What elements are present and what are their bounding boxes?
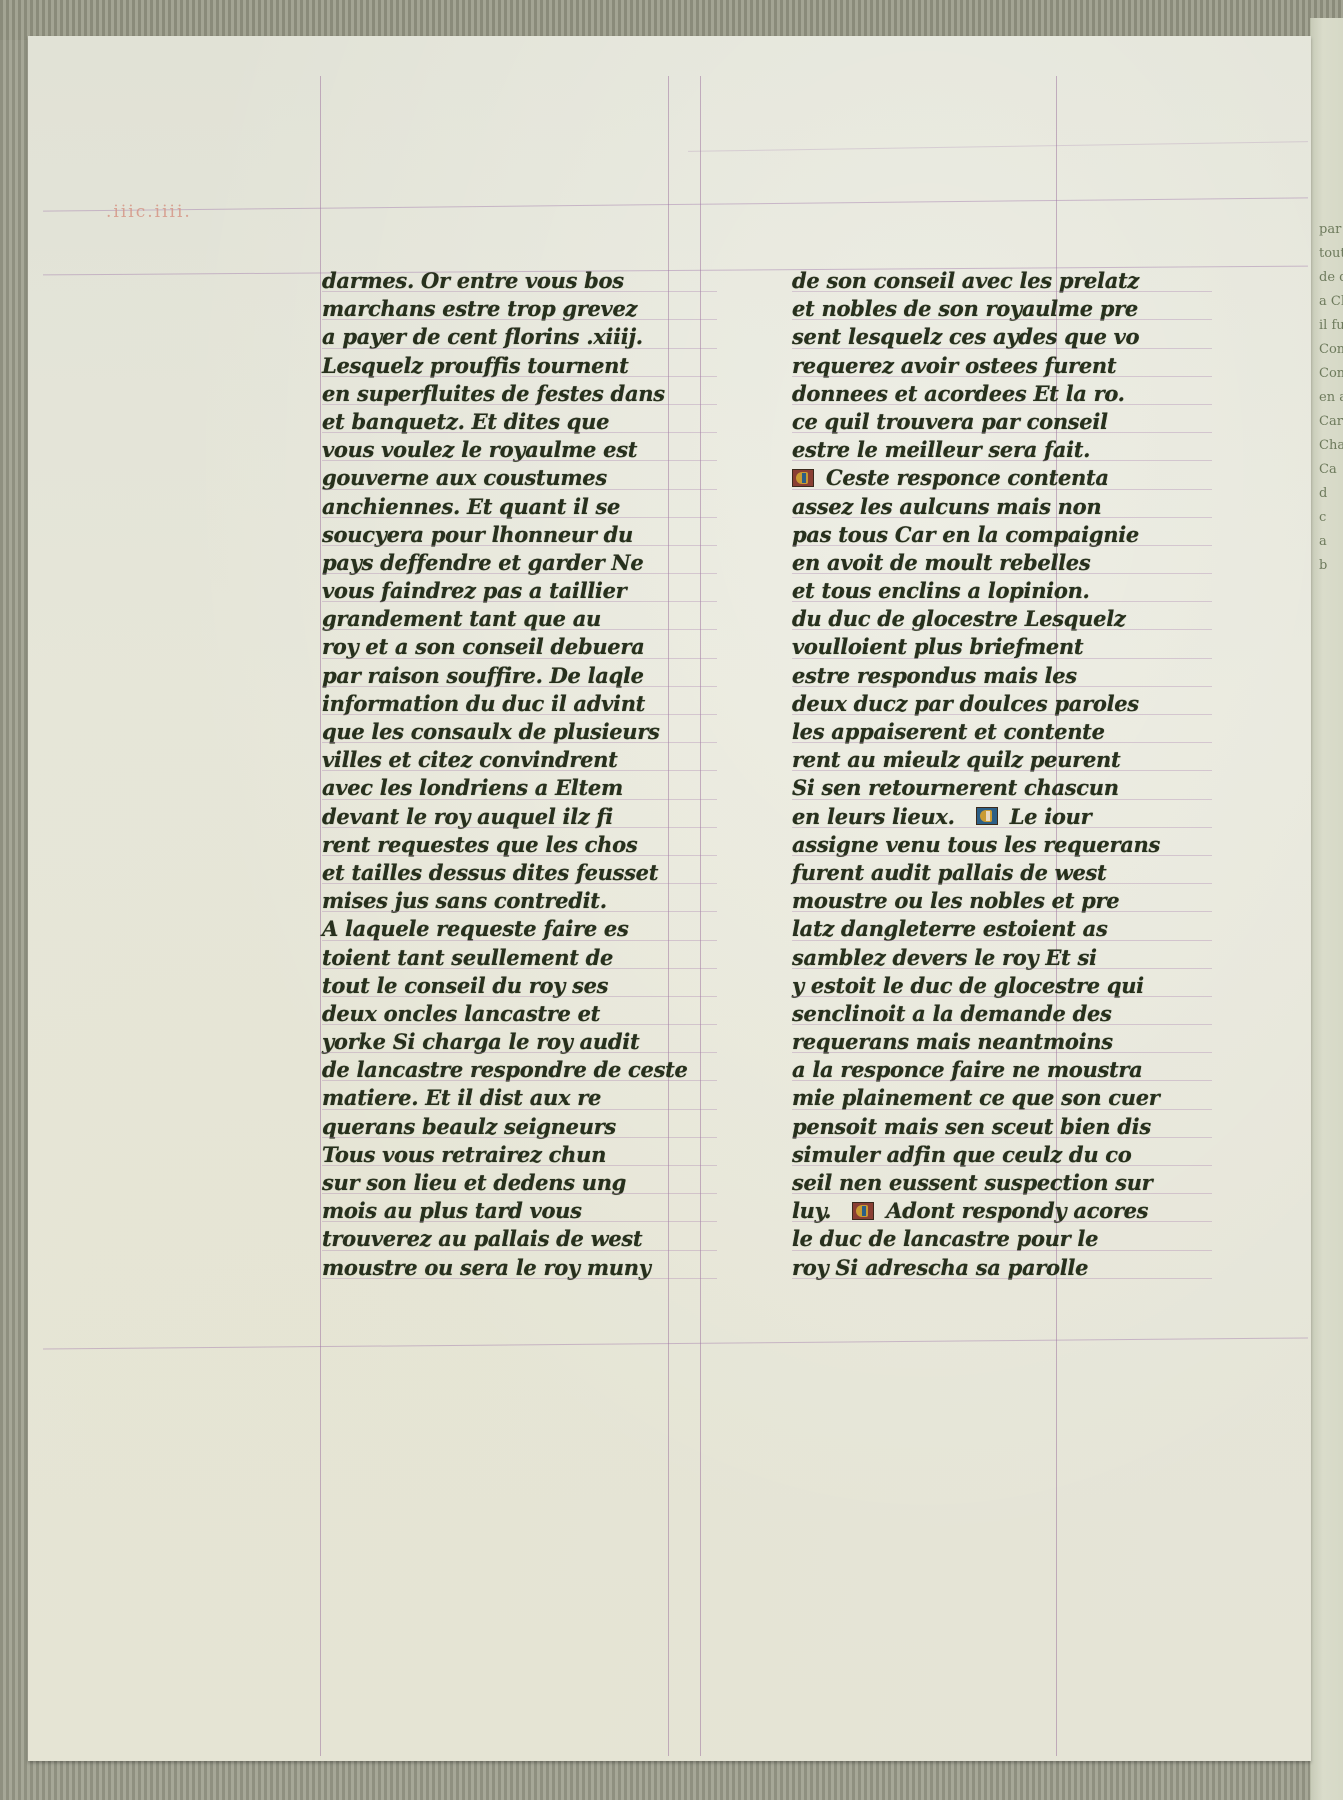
manuscript-line: en avoit de moult rebelles bbox=[792, 549, 1212, 577]
ruling-line bbox=[322, 911, 717, 912]
facing-page-fragment: tout ac bbox=[1319, 242, 1343, 266]
ruling-line bbox=[322, 1221, 717, 1222]
illuminated-initial-icon bbox=[792, 469, 814, 487]
ruling-line bbox=[792, 376, 1212, 377]
ruling-line bbox=[792, 1052, 1212, 1053]
line-text: en superfluites de festes dans bbox=[322, 381, 665, 406]
line-text: sent lesquelz ces aydes que vo bbox=[792, 324, 1139, 349]
ruling-line bbox=[322, 714, 717, 715]
line-text: moustre ou sera le roy muny bbox=[322, 1255, 651, 1280]
line-text: assigne venu tous les requerans bbox=[792, 832, 1160, 857]
ruling-line bbox=[322, 601, 717, 602]
ruling-line bbox=[792, 940, 1212, 941]
ruling-line bbox=[792, 911, 1212, 912]
line-text: assez les aulcuns mais non bbox=[792, 494, 1101, 519]
manuscript-line: sent lesquelz ces aydes que vo bbox=[792, 323, 1212, 351]
ruling-line bbox=[322, 629, 717, 630]
ruling-line bbox=[792, 629, 1212, 630]
manuscript-line: requerez avoir ostees furent bbox=[792, 352, 1212, 380]
manuscript-line: que les consaulx de plusieurs bbox=[322, 718, 717, 746]
line-text: mises jus sans contredit. bbox=[322, 888, 607, 913]
manuscript-line: estre respondus mais les bbox=[792, 662, 1212, 690]
line-text: simuler adfin que ceulz du co bbox=[792, 1142, 1132, 1167]
manuscript-line: requerans mais neantmoins bbox=[792, 1028, 1212, 1056]
manuscript-line: rent au mieulz quilz peurent bbox=[792, 746, 1212, 774]
manuscript-line: y estoit le duc de glocestre qui bbox=[792, 972, 1212, 1000]
line-text: Le iour bbox=[1010, 804, 1092, 829]
ruling-line bbox=[792, 1109, 1212, 1110]
line-text: le duc de lancastre pour le bbox=[792, 1226, 1098, 1251]
line-text: pas tous Car en la compaignie bbox=[792, 522, 1139, 547]
manuscript-line: grandement tant que au bbox=[322, 605, 717, 633]
facing-page-fragment: Car bbox=[1319, 410, 1343, 434]
line-text: villes et citez convindrent bbox=[322, 747, 618, 772]
line-text: soucyera pour lhonneur du bbox=[322, 522, 633, 547]
line-text: vous faindrez pas a taillier bbox=[322, 578, 626, 603]
manuscript-line: deux ducz par doulces paroles bbox=[792, 690, 1212, 718]
line-text: de son conseil avec les prelatz bbox=[792, 268, 1139, 293]
ruling-line bbox=[322, 319, 717, 320]
ruling-line bbox=[792, 968, 1212, 969]
ruling-line bbox=[322, 940, 717, 941]
line-text: requerans mais neantmoins bbox=[792, 1029, 1113, 1054]
manuscript-line: moustre ou sera le roy muny bbox=[322, 1254, 717, 1282]
line-text: estre le meilleur sera fait. bbox=[792, 437, 1090, 462]
line-text: a payer de cent florins .xiiij. bbox=[322, 324, 643, 349]
ruling-line bbox=[792, 1221, 1212, 1222]
manuscript-line: luy. Adont respondy acores bbox=[792, 1197, 1212, 1225]
ruling-line bbox=[792, 404, 1212, 405]
line-text: rent au mieulz quilz peurent bbox=[792, 747, 1120, 772]
manuscript-line: vous voulez le royaulme est bbox=[322, 436, 717, 464]
ruling-line bbox=[792, 348, 1212, 349]
ruling-line bbox=[322, 432, 717, 433]
manuscript-line: mie plainement ce que son cuer bbox=[792, 1084, 1212, 1112]
manuscript-line: samblez devers le roy Et si bbox=[792, 944, 1212, 972]
folio-number: .iiic.iiii. bbox=[106, 202, 192, 222]
manuscript-line: rent requestes que les chos bbox=[322, 831, 717, 859]
ruling-line bbox=[792, 573, 1212, 574]
line-text: querans beaulz seigneurs bbox=[322, 1114, 616, 1139]
ruling-line bbox=[322, 799, 717, 800]
facing-page-edge: par lestout acde dyfa Chail fuCommCommen… bbox=[1310, 18, 1343, 1800]
manuscript-line: roy et a son conseil debuera bbox=[322, 633, 717, 661]
line-text: pensoit mais sen sceut bien dis bbox=[792, 1114, 1151, 1139]
line-text: ce quil trouvera par conseil bbox=[792, 409, 1108, 434]
manuscript-line: moustre ou les nobles et pre bbox=[792, 887, 1212, 915]
ruling-line bbox=[322, 1193, 717, 1194]
manuscript-line: yorke Si charga le roy audit bbox=[322, 1028, 717, 1056]
line-text: sur son lieu et dedens ung bbox=[322, 1170, 626, 1195]
ruling-line-horizontal bbox=[43, 197, 1308, 211]
manuscript-line: par raison souffire. De laqle bbox=[322, 662, 717, 690]
line-text: toient tant seullement de bbox=[322, 945, 613, 970]
line-text: devant le roy auquel ilz fi bbox=[322, 804, 613, 829]
ruling-line bbox=[322, 855, 717, 856]
manuscript-line: du duc de glocestre Lesquelz bbox=[792, 605, 1212, 633]
line-text: marchans estre trop grevez bbox=[322, 296, 637, 321]
line-text: estre respondus mais les bbox=[792, 663, 1077, 688]
line-text: grandement tant que au bbox=[322, 606, 601, 631]
ruling-line bbox=[792, 1165, 1212, 1166]
manuscript-line: donnees et acordees Et la ro. bbox=[792, 380, 1212, 408]
ruling-line bbox=[792, 1278, 1212, 1279]
manuscript-line: ce quil trouvera par conseil bbox=[792, 408, 1212, 436]
facing-page-fragment: d bbox=[1319, 482, 1343, 506]
ruling-line bbox=[792, 517, 1212, 518]
line-text: et banquetz. Et dites que bbox=[322, 409, 609, 434]
line-text: information du duc il advint bbox=[322, 691, 645, 716]
ruling-line bbox=[792, 1080, 1212, 1081]
facing-page-fragment: b bbox=[1319, 554, 1343, 578]
facing-page-fragment: il fu bbox=[1319, 314, 1343, 338]
line-text: deux oncles lancastre et bbox=[322, 1001, 600, 1026]
facing-page-fragment: Comm bbox=[1319, 362, 1343, 386]
ruling-line bbox=[322, 827, 717, 828]
ruling-line bbox=[792, 658, 1212, 659]
ruling-line bbox=[322, 1137, 717, 1138]
ruling-line bbox=[792, 1137, 1212, 1138]
facing-page-text: par lestout acde dyfa Chail fuCommCommen… bbox=[1319, 218, 1343, 578]
line-text: matiere. Et il dist aux re bbox=[322, 1085, 601, 1110]
manuscript-line: senclinoit a la demande des bbox=[792, 1000, 1212, 1028]
ruling-line bbox=[792, 319, 1212, 320]
line-text: et nobles de son royaulme pre bbox=[792, 296, 1138, 321]
ruling-line bbox=[792, 855, 1212, 856]
ruling-line bbox=[322, 489, 717, 490]
line-text: roy Si adrescha sa parolle bbox=[792, 1255, 1088, 1280]
manuscript-line: vous faindrez pas a taillier bbox=[322, 577, 717, 605]
backdrop bbox=[0, 0, 1343, 40]
line-text: Ceste responce contenta bbox=[826, 465, 1109, 490]
ruling-line bbox=[322, 1278, 717, 1279]
ruling-line bbox=[792, 799, 1212, 800]
manuscript-line: Lesquelz prouffis tournent bbox=[322, 352, 717, 380]
manuscript-line: seil nen eussent suspection sur bbox=[792, 1169, 1212, 1197]
manuscript-line: latz dangleterre estoient as bbox=[792, 915, 1212, 943]
ruling-line bbox=[322, 573, 717, 574]
line-text: voulloient plus briefment bbox=[792, 634, 1083, 659]
manuscript-line: matiere. Et il dist aux re bbox=[322, 1084, 717, 1112]
manuscript-line: gouverne aux coustumes bbox=[322, 464, 717, 492]
line-text: samblez devers le roy Et si bbox=[792, 945, 1097, 970]
ruling-line bbox=[792, 686, 1212, 687]
line-text: deux ducz par doulces paroles bbox=[792, 691, 1139, 716]
manuscript-line: devant le roy auquel ilz fi bbox=[322, 803, 717, 831]
ruling-line-vertical bbox=[320, 76, 321, 1756]
line-text: Lesquelz prouffis tournent bbox=[322, 353, 629, 378]
ruling-line bbox=[322, 1024, 717, 1025]
manuscript-line: voulloient plus briefment bbox=[792, 633, 1212, 661]
manuscript-line: soucyera pour lhonneur du bbox=[322, 521, 717, 549]
facing-page-fragment: Cha bbox=[1319, 434, 1343, 458]
line-text: vous voulez le royaulme est bbox=[322, 437, 637, 462]
ruling-line bbox=[322, 883, 717, 884]
ruling-line bbox=[322, 348, 717, 349]
manuscript-line: deux oncles lancastre et bbox=[322, 1000, 717, 1028]
ruling-line bbox=[792, 291, 1212, 292]
ruling-line bbox=[322, 545, 717, 546]
line-text: que les consaulx de plusieurs bbox=[322, 719, 660, 744]
ruling-line bbox=[792, 770, 1212, 771]
line-text: de lancastre respondre de ceste bbox=[322, 1057, 688, 1082]
text-column-right: de son conseil avec les prelatzet nobles… bbox=[792, 267, 1212, 1282]
ruling-line bbox=[322, 404, 717, 405]
ruling-line-horizontal bbox=[688, 141, 1308, 152]
line-text: senclinoit a la demande des bbox=[792, 1001, 1112, 1026]
ruling-line bbox=[792, 460, 1212, 461]
ruling-line bbox=[792, 996, 1212, 997]
manuscript-line: a payer de cent florins .xiiij. bbox=[322, 323, 717, 351]
ruling-line bbox=[792, 883, 1212, 884]
manuscript-line: de son conseil avec les prelatz bbox=[792, 267, 1212, 295]
ruling-line bbox=[792, 432, 1212, 433]
line-text: yorke Si charga le roy audit bbox=[322, 1029, 639, 1054]
line-text: trouverez au pallais de west bbox=[322, 1226, 642, 1251]
ruling-line bbox=[322, 742, 717, 743]
line-text: Si sen retournerent chascun bbox=[792, 775, 1119, 800]
illuminated-initial-icon bbox=[852, 1202, 874, 1220]
facing-page-fragment: de dyf bbox=[1319, 266, 1343, 290]
manuscript-line: assez les aulcuns mais non bbox=[792, 493, 1212, 521]
line-text: moustre ou les nobles et pre bbox=[792, 888, 1119, 913]
facing-page-fragment: Ca bbox=[1319, 458, 1343, 482]
illuminated-initial-icon bbox=[976, 807, 998, 825]
line-text: luy. bbox=[792, 1198, 831, 1223]
ruling-line bbox=[322, 1080, 717, 1081]
ruling-line bbox=[792, 742, 1212, 743]
manuscript-line: mises jus sans contredit. bbox=[322, 887, 717, 915]
line-text: Tous vous retrairez chun bbox=[322, 1142, 606, 1167]
ruling-line bbox=[322, 1250, 717, 1251]
manuscript-line: A laquele requeste faire es bbox=[322, 915, 717, 943]
line-text: A laquele requeste faire es bbox=[322, 916, 629, 941]
line-text: pays deffendre et garder Ne bbox=[322, 550, 643, 575]
ruling-line bbox=[322, 1109, 717, 1110]
manuscript-line: et tous enclins a lopinion. bbox=[792, 577, 1212, 605]
manuscript-line: en superfluites de festes dans bbox=[322, 380, 717, 408]
manuscript-line: Si sen retournerent chascun bbox=[792, 774, 1212, 802]
manuscript-line: roy Si adrescha sa parolle bbox=[792, 1254, 1212, 1282]
manuscript-line: darmes. Or entre vous bos bbox=[322, 267, 717, 295]
manuscript-line: simuler adfin que ceulz du co bbox=[792, 1141, 1212, 1169]
line-text: latz dangleterre estoient as bbox=[792, 916, 1108, 941]
manuscript-line: information du duc il advint bbox=[322, 690, 717, 718]
ruling-line bbox=[322, 376, 717, 377]
line-text: en leurs lieux. bbox=[792, 804, 955, 829]
line-text: rent requestes que les chos bbox=[322, 832, 637, 857]
ruling-line bbox=[792, 714, 1212, 715]
manuscript-line: mois au plus tard vous bbox=[322, 1197, 717, 1225]
ruling-line bbox=[792, 827, 1212, 828]
facing-page-fragment: par les bbox=[1319, 218, 1343, 242]
manuscript-line: les appaiserent et contente bbox=[792, 718, 1212, 746]
facing-page-fragment: a Cha bbox=[1319, 290, 1343, 314]
manuscript-line: et tailles dessus dites feusset bbox=[322, 859, 717, 887]
ruling-line bbox=[792, 1024, 1212, 1025]
ruling-line bbox=[322, 658, 717, 659]
manuscript-line: a la responce faire ne moustra bbox=[792, 1056, 1212, 1084]
facing-page-fragment: c bbox=[1319, 506, 1343, 530]
line-text: a la responce faire ne moustra bbox=[792, 1057, 1142, 1082]
text-column-left: darmes. Or entre vous bosmarchans estre … bbox=[322, 267, 717, 1282]
line-text: par raison souffire. De laqle bbox=[322, 663, 644, 688]
line-text: mois au plus tard vous bbox=[322, 1198, 582, 1223]
ruling-line bbox=[792, 1250, 1212, 1251]
ruling-line bbox=[322, 460, 717, 461]
line-text: gouverne aux coustumes bbox=[322, 465, 607, 490]
line-text: du duc de glocestre Lesquelz bbox=[792, 606, 1126, 631]
line-text: et tailles dessus dites feusset bbox=[322, 860, 658, 885]
manuscript-line: Tous vous retrairez chun bbox=[322, 1141, 717, 1169]
manuscript-line: et banquetz. Et dites que bbox=[322, 408, 717, 436]
manuscript-line: pays deffendre et garder Ne bbox=[322, 549, 717, 577]
ruling-line bbox=[322, 686, 717, 687]
line-text: et tous enclins a lopinion. bbox=[792, 578, 1090, 603]
ruling-line bbox=[792, 601, 1212, 602]
ruling-line bbox=[322, 517, 717, 518]
line-text: Adont respondy acores bbox=[886, 1198, 1148, 1223]
line-text: mie plainement ce que son cuer bbox=[792, 1085, 1160, 1110]
line-text: furent audit pallais de west bbox=[792, 860, 1106, 885]
line-text: seil nen eussent suspection sur bbox=[792, 1170, 1152, 1195]
line-text: darmes. Or entre vous bos bbox=[322, 268, 624, 293]
manuscript-line: pas tous Car en la compaignie bbox=[792, 521, 1212, 549]
ruling-line bbox=[322, 1165, 717, 1166]
manuscript-line: querans beaulz seigneurs bbox=[322, 1113, 717, 1141]
manuscript-line: en leurs lieux. Le iour bbox=[792, 803, 1212, 831]
ruling-line bbox=[792, 545, 1212, 546]
line-text: donnees et acordees Et la ro. bbox=[792, 381, 1125, 406]
line-text: requerez avoir ostees furent bbox=[792, 353, 1116, 378]
manuscript-line: marchans estre trop grevez bbox=[322, 295, 717, 323]
line-text: roy et a son conseil debuera bbox=[322, 634, 644, 659]
ruling-line bbox=[322, 291, 717, 292]
line-text: anchiennes. Et quant il se bbox=[322, 494, 620, 519]
manuscript-line: trouverez au pallais de west bbox=[322, 1225, 717, 1253]
manuscript-line: anchiennes. Et quant il se bbox=[322, 493, 717, 521]
manuscript-line: assigne venu tous les requerans bbox=[792, 831, 1212, 859]
manuscript-line: sur son lieu et dedens ung bbox=[322, 1169, 717, 1197]
line-text: avec les londriens a Eltem bbox=[322, 775, 623, 800]
line-text: y estoit le duc de glocestre qui bbox=[792, 973, 1144, 998]
ruling-line bbox=[792, 489, 1212, 490]
manuscript-line: avec les londriens a Eltem bbox=[322, 774, 717, 802]
line-text: en avoit de moult rebelles bbox=[792, 550, 1090, 575]
manuscript-line: le duc de lancastre pour le bbox=[792, 1225, 1212, 1253]
manuscript-line: de lancastre respondre de ceste bbox=[322, 1056, 717, 1084]
facing-page-fragment: en a bbox=[1319, 386, 1343, 410]
facing-page-fragment: Comm bbox=[1319, 338, 1343, 362]
ruling-line bbox=[792, 1193, 1212, 1194]
manuscript-line: Ceste responce contenta bbox=[792, 464, 1212, 492]
manuscript-line: et nobles de son royaulme pre bbox=[792, 295, 1212, 323]
ruling-line-horizontal bbox=[43, 1337, 1308, 1349]
ruling-line bbox=[322, 968, 717, 969]
manuscript-line: toient tant seullement de bbox=[322, 944, 717, 972]
manuscript-line: pensoit mais sen sceut bien dis bbox=[792, 1113, 1212, 1141]
line-text: les appaiserent et contente bbox=[792, 719, 1105, 744]
manuscript-line: tout le conseil du roy ses bbox=[322, 972, 717, 1000]
ruling-line bbox=[322, 1052, 717, 1053]
facing-page-fragment: a bbox=[1319, 530, 1343, 554]
manuscript-line: villes et citez convindrent bbox=[322, 746, 717, 774]
ruling-line bbox=[322, 770, 717, 771]
ruling-line bbox=[322, 996, 717, 997]
line-text: tout le conseil du roy ses bbox=[322, 973, 608, 998]
manuscript-line: estre le meilleur sera fait. bbox=[792, 436, 1212, 464]
manuscript-line: furent audit pallais de west bbox=[792, 859, 1212, 887]
